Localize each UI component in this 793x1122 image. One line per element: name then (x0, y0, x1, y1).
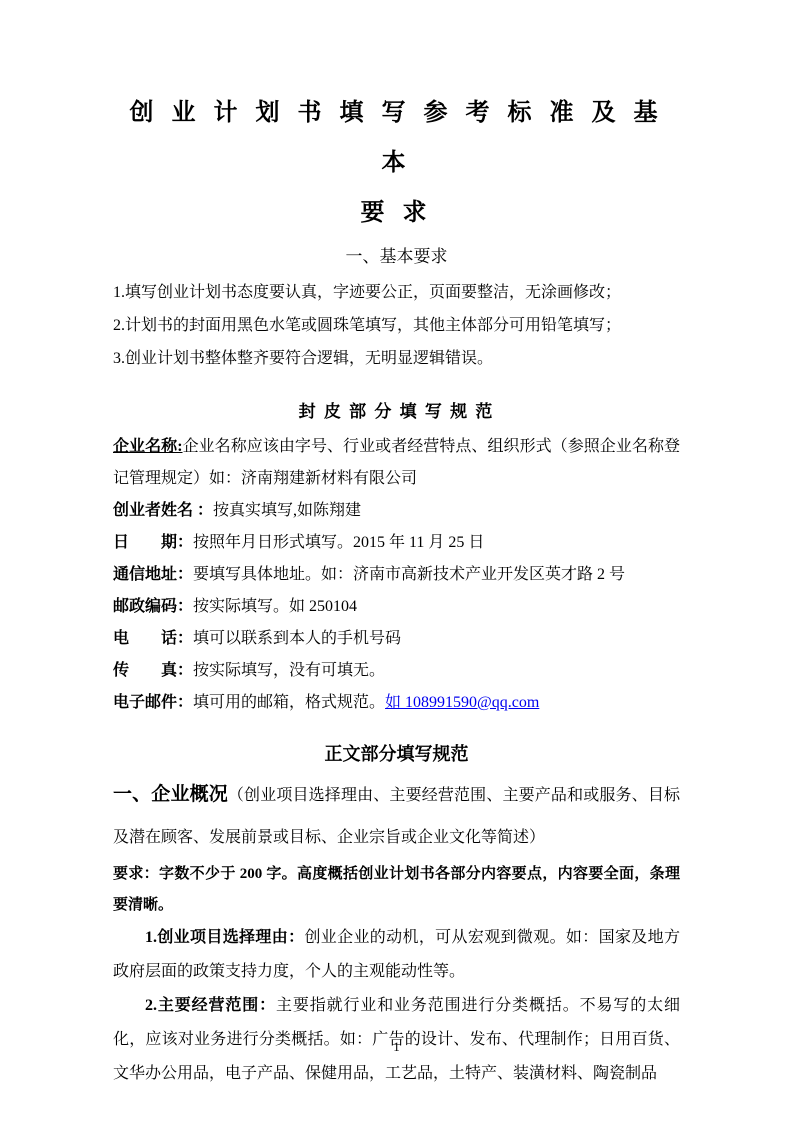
field-label: 日 期： (113, 534, 193, 551)
field-text: 按真实填写,如陈翔建 (213, 502, 361, 519)
field-email: 电子邮件：填可用的邮箱，格式规范。如 108991590@qq.com (113, 687, 680, 719)
field-company-name: 企业名称:企业名称应该由字号、行业或者经营特点、组织形式（参照企业名称登记管理规… (113, 431, 680, 495)
field-text: 企业名称应该由字号、行业或者经营特点、组织形式（参照企业名称登记管理规定）如：济… (113, 438, 680, 487)
basic-requirement-item: 3.创业计划书整体整齐要符合逻辑，无明显逻辑错误。 (113, 342, 680, 375)
field-phone: 电 话：填可以联系到本人的手机号码 (113, 623, 680, 655)
field-text: 按实际填写，没有可填无。 (193, 662, 385, 679)
numbered-paragraph-1: 1.创业项目选择理由：创业企业的动机，可从宏观到微观。如：国家及地方政府层面的政… (113, 921, 680, 989)
basic-requirements-list: 1.填写创业计划书态度要认真，字迹要公正，页面要整洁，无涂画修改； 2.计划书的… (113, 276, 680, 375)
company-overview-paragraph: 一、企业概况（创业项目选择理由、主要经营范围、主要产品和或服务、目标及潜在顾客、… (113, 774, 680, 859)
paragraph-lead: 2.主要经营范围： (145, 997, 276, 1014)
document-title-line2: 要 求 (113, 188, 680, 238)
field-label: 企业名称: (113, 438, 183, 455)
email-link[interactable]: 如 108991590@qq.com (385, 694, 539, 711)
field-postal-code: 邮政编码：按实际填写。如 250104 (113, 591, 680, 623)
field-label: 通信地址： (113, 566, 193, 583)
field-text: 按照年月日形式填写。2015 年 11 月 25 日 (193, 534, 484, 551)
basic-requirement-item: 2.计划书的封面用黑色水笔或圆珠笔填写，其他主体部分可用铅笔填写； (113, 309, 680, 342)
field-mailing-address: 通信地址：要填写具体地址。如：济南市高新技术产业开发区英才路 2 号 (113, 559, 680, 591)
field-label: 电 话： (113, 630, 193, 647)
document-page: 创 业 计 划 书 填 写 参 考 标 准 及 基 本 要 求 一、基本要求 1… (0, 0, 793, 1122)
requirement-paragraph: 要求：字数不少于 200 字。高度概括创业计划书各部分内容要点，内容要全面，条理… (113, 859, 680, 921)
field-text: 按实际填写。如 250104 (193, 598, 357, 615)
field-founder-name: 创业者姓名 ：按真实填写,如陈翔建 (113, 495, 680, 527)
field-date: 日 期：按照年月日形式填写。2015 年 11 月 25 日 (113, 527, 680, 559)
basic-requirements-heading: 一、基本要求 (113, 244, 680, 270)
field-fax: 传 真：按实际填写，没有可填无。 (113, 655, 680, 687)
field-text: 要填写具体地址。如：济南市高新技术产业开发区英才路 2 号 (193, 566, 625, 583)
field-label: 创业者姓名 ： (113, 502, 213, 519)
field-text: 填可以联系到本人的手机号码 (193, 630, 401, 647)
body-section-heading: 正文部分填写规范 (113, 741, 680, 768)
document-title: 创 业 计 划 书 填 写 参 考 标 准 及 基 本 要 求 (113, 88, 680, 238)
field-label: 电子邮件： (113, 694, 193, 711)
page-number: 1 (0, 1038, 793, 1056)
document-title-line1: 创 业 计 划 书 填 写 参 考 标 准 及 基 本 (113, 88, 680, 188)
basic-requirement-item: 1.填写创业计划书态度要认真，字迹要公正，页面要整洁，无涂画修改； (113, 276, 680, 309)
cover-section-heading: 封 皮 部 分 填 写 规 范 (113, 399, 680, 425)
field-label: 邮政编码： (113, 598, 193, 615)
field-text: 填可用的邮箱，格式规范。 (193, 694, 385, 711)
field-label: 传 真： (113, 662, 193, 679)
paragraph-lead: 1.创业项目选择理由： (145, 929, 304, 946)
company-overview-lead: 一、企业概况 (113, 784, 228, 805)
